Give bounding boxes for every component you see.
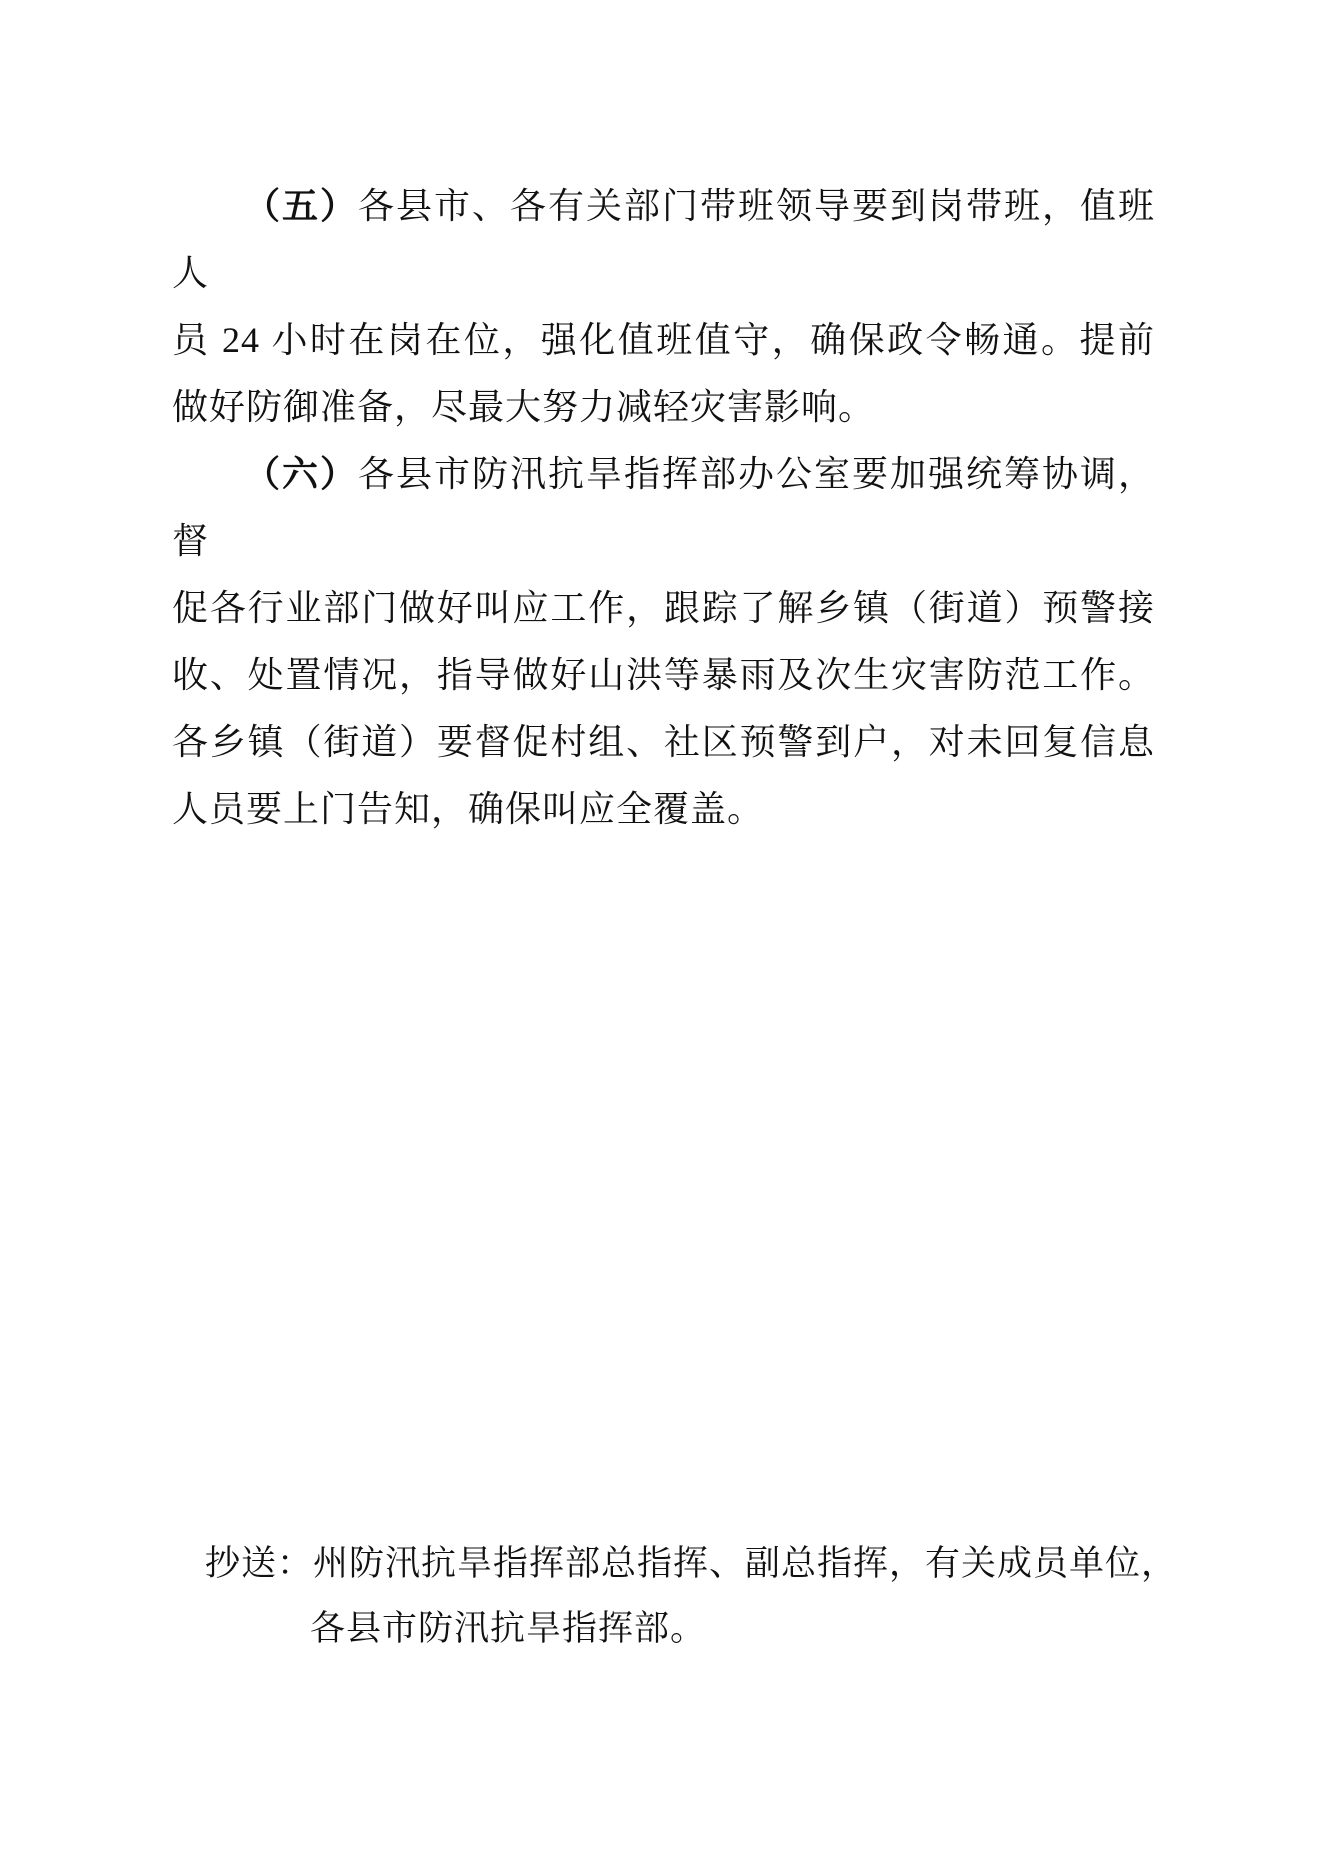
cc-recipients-line-2: 各县市防汛抗旱指挥部。 (205, 1596, 1165, 1661)
document-body: （五）各县市、各有关部门带班领导要到岗带班，值班人 员 24 小时在岗在位，强化… (172, 173, 1155, 843)
cc-recipients-line-1: 州防汛抗旱指挥部总指挥、副总指挥，有关成员单位， (313, 1544, 1177, 1583)
body-line-3: 做好防御准备，尽最大努力减轻灾害影响。 (172, 374, 1155, 441)
cc-line-1: 抄送：州防汛抗旱指挥部总指挥、副总指挥，有关成员单位， (205, 1531, 1165, 1596)
body-line-6: 收、处置情况，指导做好山洪等暴雨及次生灾害防范工作。 (172, 642, 1155, 709)
cc-label: 抄送： (205, 1544, 313, 1583)
body-line-5: 促各行业部门做好叫应工作，跟踪了解乡镇（街道）预警接 (172, 575, 1155, 642)
body-line-8: 人员要上门告知，确保叫应全覆盖。 (172, 776, 1155, 843)
item-number-6: （六） (244, 454, 358, 494)
cc-section: 抄送：州防汛抗旱指挥部总指挥、副总指挥，有关成员单位， 各县市防汛抗旱指挥部。 (205, 1531, 1165, 1661)
paragraph-5-line-1: （五）各县市、各有关部门带班领导要到岗带班，值班人 (172, 173, 1155, 307)
paragraph-6-line-1: （六）各县市防汛抗旱指挥部办公室要加强统筹协调，督 (172, 441, 1155, 575)
item-number-5: （五） (244, 186, 358, 226)
body-line-2: 员 24 小时在岗在位，强化值班值守，确保政令畅通。提前 (172, 307, 1155, 374)
body-line-7: 各乡镇（街道）要督促村组、社区预警到户，对未回复信息 (172, 709, 1155, 776)
document-page: （五）各县市、各有关部门带班领导要到岗带班，值班人 员 24 小时在岗在位，强化… (0, 0, 1323, 1871)
